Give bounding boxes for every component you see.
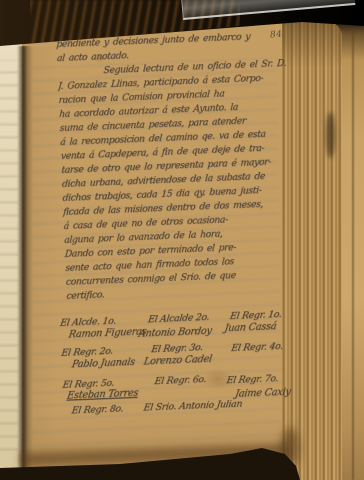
signature-title: El Regr. 8o. — [71, 403, 124, 416]
signature-name: Juan Cassá — [224, 321, 277, 334]
signature-name: Ramon Figueras — [68, 326, 147, 340]
signature-title: El Alcalde 2o. — [147, 312, 210, 326]
signature-title: El Srio. Antonio Julian — [143, 399, 243, 414]
signature-title: El Regr. 3o. — [150, 342, 203, 355]
signature-title: El Regr. 7o. — [226, 373, 279, 386]
signature-name: Pablo Juanals — [71, 357, 136, 371]
signature-block: El Alcde. 1o. El Alcalde 2o. El Regr. 1o… — [0, 0, 364, 480]
signature-title: El Regr. 1o. — [229, 309, 282, 322]
signature-name: Lorenzo Cadel — [143, 354, 213, 368]
signature-title: El Regr. 6o. — [154, 374, 207, 387]
signature-name: Antonio Bordoy — [138, 326, 213, 340]
manuscript-photo: 84. pendiente y decisiones junto de emba… — [0, 0, 364, 480]
signature-name: Esteban Torres — [66, 388, 139, 402]
signature-title: El Regr. 4o. — [230, 341, 283, 354]
signature-title: El Regr. 2o. — [60, 346, 113, 359]
